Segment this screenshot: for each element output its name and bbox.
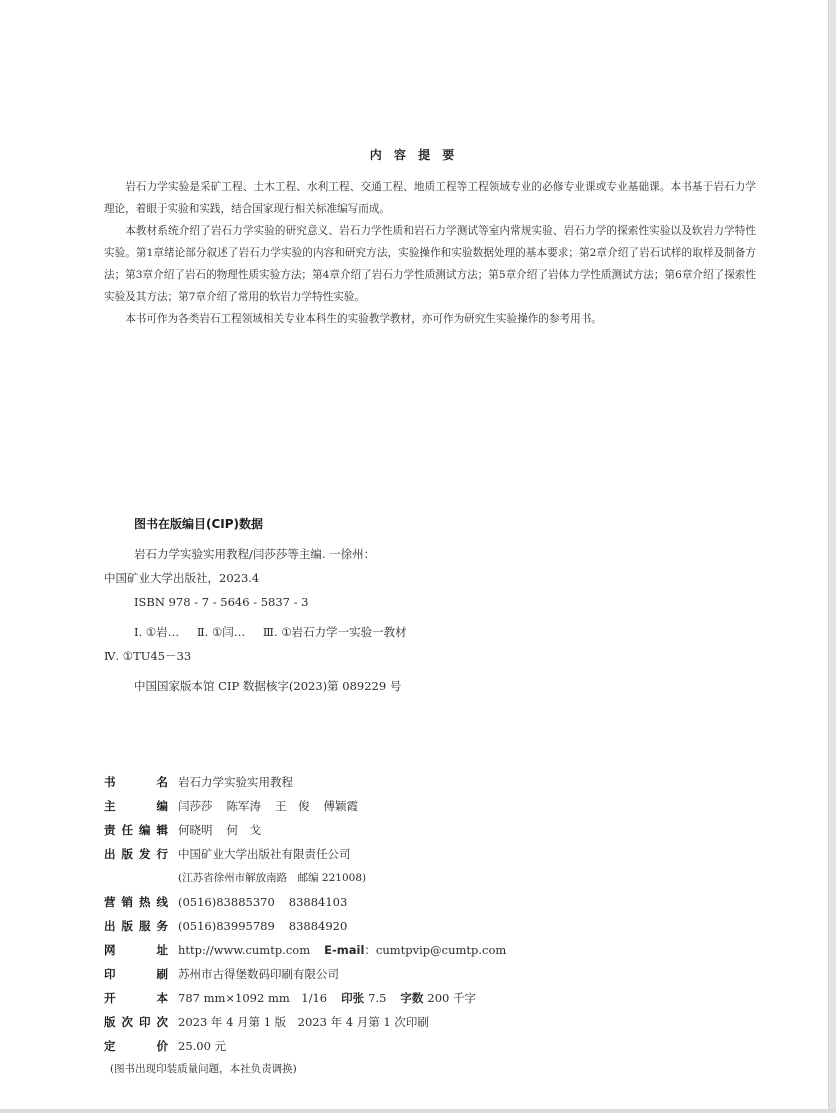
- value-title: 岩石力学实验实用教程: [178, 770, 293, 794]
- row-sales-hotline: 营销热线 (0516)8388537083884103: [104, 890, 664, 914]
- value-printer: 苏州市古得堡数码印刷有限公司: [178, 962, 339, 986]
- label-publisher: 出版发行: [104, 842, 168, 866]
- sheets-label: 印张: [341, 991, 364, 1005]
- label-editors: 主编: [104, 794, 168, 818]
- value-editors: 闫莎莎陈军涛王 俊傅颖霞: [178, 794, 358, 818]
- label-sales-hotline: 营销热线: [104, 890, 168, 914]
- cip-block: 图书在版编目(CIP)数据 岩石力学实验实用教程/闫莎莎等主编. 一徐州： 中国…: [104, 512, 564, 698]
- abstract-paragraph: 岩石力学实验是采矿工程、土木工程、水利工程、交通工程、地质工程等工程领域专业的必…: [104, 176, 756, 220]
- row-editors: 主编 闫莎莎陈军涛王 俊傅颖霞: [104, 794, 664, 818]
- email-label: E-mail: [324, 943, 364, 957]
- page-edge-bottom: [0, 1109, 836, 1113]
- value-responsible-editor: 何晓明何 戈: [178, 818, 261, 842]
- value-format: 787 mm×1092 mm 1/16印张7.5字数200 千字: [178, 986, 476, 1010]
- cip-isbn: ISBN 978 - 7 - 5646 - 5837 - 3: [104, 590, 564, 614]
- value-website: http://www.cumtp.comE-mail：cumtpvip@cumt…: [178, 938, 506, 962]
- label-title: 书名: [104, 770, 168, 794]
- website-link[interactable]: http://www.cumtp.com: [178, 943, 310, 957]
- page-edge-right: [828, 0, 836, 1113]
- row-price: 定价 25.00 元: [104, 1034, 664, 1058]
- label-edition: 版次印次: [104, 1010, 168, 1034]
- cip-classifications: Ⅰ. ①岩… Ⅱ. ①闫… Ⅲ. ①岩石力学一实验一教材: [104, 620, 564, 644]
- label-price: 定价: [104, 1034, 168, 1058]
- label-responsible-editor: 责任编辑: [104, 818, 168, 842]
- label-format: 开本: [104, 986, 168, 1010]
- row-address: (江苏省徐州市解放南路 邮编 221008): [104, 866, 664, 890]
- row-responsible-editor: 责任编辑 何晓明何 戈: [104, 818, 664, 842]
- value-publishing-service: (0516)8399578983884920: [178, 914, 347, 938]
- label-publishing-service: 出版服务: [104, 914, 168, 938]
- row-edition: 版次印次 2023 年 4 月第 1 版 2023 年 4 月第 1 次印刷: [104, 1010, 664, 1034]
- value-address: (江苏省徐州市解放南路 邮编 221008): [178, 866, 366, 890]
- value-price: 25.00 元: [178, 1034, 226, 1058]
- cip-class-1: Ⅰ. ①岩…: [134, 620, 179, 644]
- row-publishing-service: 出版服务 (0516)8399578983884920: [104, 914, 664, 938]
- document-page: 内 容 提 要 岩石力学实验是采矿工程、土木工程、水利工程、交通工程、地质工程等…: [0, 0, 828, 1109]
- value-publisher: 中国矿业大学出版社有限责任公司: [178, 842, 351, 866]
- label-printer: 印刷: [104, 962, 168, 986]
- row-website: 网址 http://www.cumtp.comE-mail：cumtpvip@c…: [104, 938, 664, 962]
- cip-verification: 中国国家版本馆 CIP 数据核字(2023)第 089229 号: [104, 674, 564, 698]
- row-printer: 印刷 苏州市古得堡数码印刷有限公司: [104, 962, 664, 986]
- quality-note: (图书出现印装质量问题，本社负责调换): [104, 1058, 664, 1080]
- abstract-paragraph: 本教材系统介绍了岩石力学实验的研究意义、岩石力学性质和岩石力学测试等室内常规实验…: [104, 220, 756, 308]
- cip-class-2: Ⅱ. ①闫…: [197, 620, 245, 644]
- cip-entry-line2: 中国矿业大学出版社，2023.4: [104, 566, 564, 590]
- cip-class-4: Ⅳ. ①TU45－33: [104, 644, 564, 668]
- value-edition: 2023 年 4 月第 1 版 2023 年 4 月第 1 次印刷: [178, 1010, 429, 1034]
- value-sales-hotline: (0516)8388537083884103: [178, 890, 347, 914]
- row-format: 开本 787 mm×1092 mm 1/16印张7.5字数200 千字: [104, 986, 664, 1010]
- abstract-title: 内 容 提 要: [0, 146, 828, 163]
- abstract-paragraph: 本书可作为各类岩石工程领域相关专业本科生的实验教学教材，亦可作为研究生实验操作的…: [104, 308, 756, 330]
- cip-entry-line1: 岩石力学实验实用教程/闫莎莎等主编. 一徐州：: [104, 542, 564, 566]
- cip-title: 图书在版编目(CIP)数据: [134, 512, 564, 536]
- row-publisher: 出版发行 中国矿业大学出版社有限责任公司: [104, 842, 664, 866]
- abstract-body: 岩石力学实验是采矿工程、土木工程、水利工程、交通工程、地质工程等工程领域专业的必…: [104, 176, 756, 330]
- label-website: 网址: [104, 938, 168, 962]
- colophon: 书名 岩石力学实验实用教程 主编 闫莎莎陈军涛王 俊傅颖霞 责任编辑 何晓明何 …: [104, 770, 664, 1080]
- row-title: 书名 岩石力学实验实用教程: [104, 770, 664, 794]
- email-link[interactable]: ：cumtpvip@cumtp.com: [364, 943, 506, 957]
- cip-class-3: Ⅲ. ①岩石力学一实验一教材: [263, 620, 407, 644]
- words-label: 字数: [400, 991, 423, 1005]
